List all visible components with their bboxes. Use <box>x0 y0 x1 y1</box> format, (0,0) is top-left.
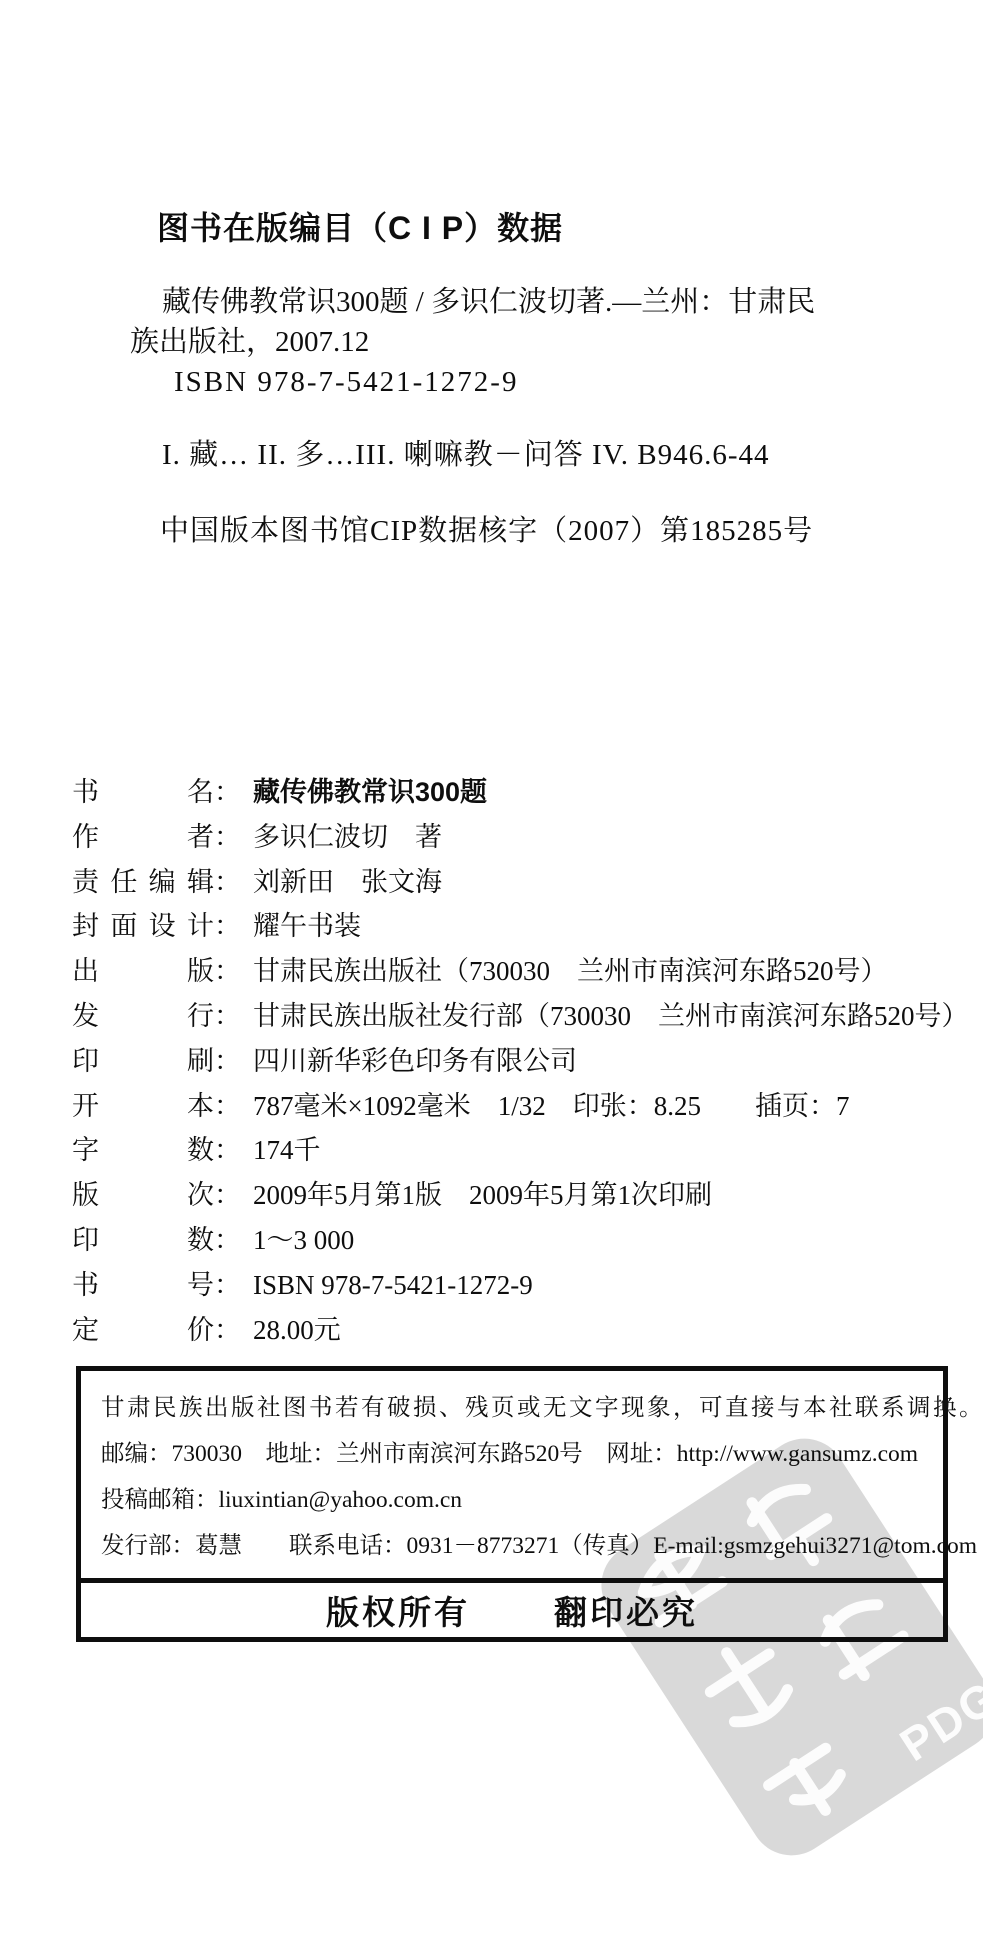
colophon-value: ISBN 978-7-5421-1272-9 <box>253 1263 533 1308</box>
colophon-label: 字数 <box>72 1128 214 1173</box>
cip-description-line: 藏传佛教常识300题 / 多识仁波切著.—兰州：甘肃民 <box>130 282 910 322</box>
colophon-colon: ： <box>214 1218 241 1263</box>
cip-classification: I. 藏… II. 多…III. 喇嘛教－问答 IV. B946.6-44 <box>162 432 770 473</box>
colophon-value: 1～3 000 <box>253 1218 354 1263</box>
colophon-label: 开本 <box>72 1084 214 1129</box>
colophon-colon: ： <box>214 1039 241 1084</box>
colophon-label: 书名 <box>72 770 214 815</box>
colophon-label: 发行 <box>72 994 214 1039</box>
colophon-label: 责任编辑 <box>72 860 214 905</box>
colophon-colon: ： <box>214 1308 241 1353</box>
no-reproduction-text: 翻印必究 <box>554 1587 698 1634</box>
colophon-row-title: 书名：藏传佛教常识300题 <box>72 770 969 815</box>
colophon-label: 印数 <box>72 1218 214 1263</box>
notice-exchange-line: 甘肃民族出版社图书若有破损、残页或无文字现象，可直接与本社联系调换。 <box>101 1385 931 1431</box>
colophon-colon: ： <box>214 1173 241 1218</box>
colophon-value: 28.00元 <box>253 1308 341 1353</box>
cip-registration-number: 中国版本图书馆CIP数据核字（2007）第185285号 <box>160 508 813 549</box>
cip-description-line: 族出版社，2007.12 <box>130 322 910 362</box>
colophon-row-author: 作者：多识仁波切 著 <box>72 815 969 860</box>
colophon-value: 甘肃民族出版社发行部（730030 兰州市南滨河东路520号） <box>253 994 969 1039</box>
colophon-row-edition: 版次：2009年5月第1版 2009年5月第1次印刷 <box>72 1173 969 1218</box>
colophon-colon: ： <box>214 815 241 860</box>
colophon-value: 刘新田 张文海 <box>253 860 442 905</box>
colophon-row-isbn: 书号：ISBN 978-7-5421-1272-9 <box>72 1263 969 1308</box>
colophon-label: 书号 <box>72 1263 214 1308</box>
publisher-notice-lines: 甘肃民族出版社图书若有破损、残页或无文字现象，可直接与本社联系调换。 邮编：73… <box>81 1371 943 1569</box>
rights-reserved-text: 版权所有 <box>326 1587 470 1634</box>
notice-address-line: 邮编：730030 地址：兰州市南滨河东路520号 网址：http://www.… <box>101 1431 931 1477</box>
colophon-row-format: 开本：787毫米×1092毫米 1/32 印张：8.25 插页：7 <box>72 1084 969 1129</box>
colophon-value: 多识仁波切 著 <box>253 815 442 860</box>
colophon-value: 甘肃民族出版社（730030 兰州市南滨河东路520号） <box>253 949 888 994</box>
colophon-row-printer: 印刷：四川新华彩色印务有限公司 <box>72 1039 969 1084</box>
cip-isbn-line: ISBN 978-7-5421-1272-9 <box>130 362 910 402</box>
colophon-row-print-run: 印数：1～3 000 <box>72 1218 969 1263</box>
colophon-value: 藏传佛教常识300题 <box>253 770 487 815</box>
colophon-colon: ： <box>214 1128 241 1173</box>
colophon-row-publisher: 出版：甘肃民族出版社（730030 兰州市南滨河东路520号） <box>72 949 969 994</box>
cip-description: 藏传佛教常识300题 / 多识仁波切著.—兰州：甘肃民 族出版社，2007.12… <box>130 282 910 402</box>
colophon-list: 书名：藏传佛教常识300题 作者：多识仁波切 著 责任编辑：刘新田 张文海 封面… <box>72 770 969 1352</box>
colophon-value: 787毫米×1092毫米 1/32 印张：8.25 插页：7 <box>253 1084 849 1129</box>
colophon-value: 174千 <box>253 1128 321 1173</box>
colophon-colon: ： <box>214 860 241 905</box>
colophon-value: 四川新华彩色印务有限公司 <box>253 1039 577 1084</box>
colophon-row-word-count: 字数：174千 <box>72 1128 969 1173</box>
colophon-label: 封面设计 <box>72 904 214 949</box>
colophon-label: 定价 <box>72 1308 214 1353</box>
colophon-colon: ： <box>214 994 241 1039</box>
colophon-row-distributor: 发行：甘肃民族出版社发行部（730030 兰州市南滨河东路520号） <box>72 994 969 1039</box>
colophon-colon: ： <box>214 904 241 949</box>
colophon-value: 耀午书装 <box>253 904 361 949</box>
colophon-label: 出版 <box>72 949 214 994</box>
notice-submission-email-line: 投稿邮箱：liuxintian@yahoo.com.cn <box>101 1477 931 1523</box>
colophon-label: 印刷 <box>72 1039 214 1084</box>
colophon-label: 版次 <box>72 1173 214 1218</box>
colophon-label: 作者 <box>72 815 214 860</box>
notice-distribution-contact-line: 发行部：葛慧 联系电话：0931－8773271（传真）E-mail:gsmzg… <box>101 1523 931 1569</box>
colophon-colon: ： <box>214 1084 241 1129</box>
book-copyright-page: PDG 图书在版编目（C I P）数据 藏传佛教常识300题 / 多识仁波切著.… <box>0 0 983 1945</box>
rights-statement: 版权所有 翻印必究 <box>81 1583 943 1637</box>
colophon-row-cover-design: 封面设计：耀午书装 <box>72 904 969 949</box>
colophon-row-price: 定价：28.00元 <box>72 1308 969 1353</box>
colophon-colon: ： <box>214 1263 241 1308</box>
publisher-notice-box: 甘肃民族出版社图书若有破损、残页或无文字现象，可直接与本社联系调换。 邮编：73… <box>76 1366 948 1642</box>
colophon-colon: ： <box>214 949 241 994</box>
cip-heading: 图书在版编目（C I P）数据 <box>157 203 563 249</box>
colophon-value: 2009年5月第1版 2009年5月第1次印刷 <box>253 1173 712 1218</box>
page-content: 图书在版编目（C I P）数据 藏传佛教常识300题 / 多识仁波切著.—兰州：… <box>0 0 983 1945</box>
colophon-colon: ： <box>214 770 241 815</box>
colophon-row-editor: 责任编辑：刘新田 张文海 <box>72 860 969 905</box>
